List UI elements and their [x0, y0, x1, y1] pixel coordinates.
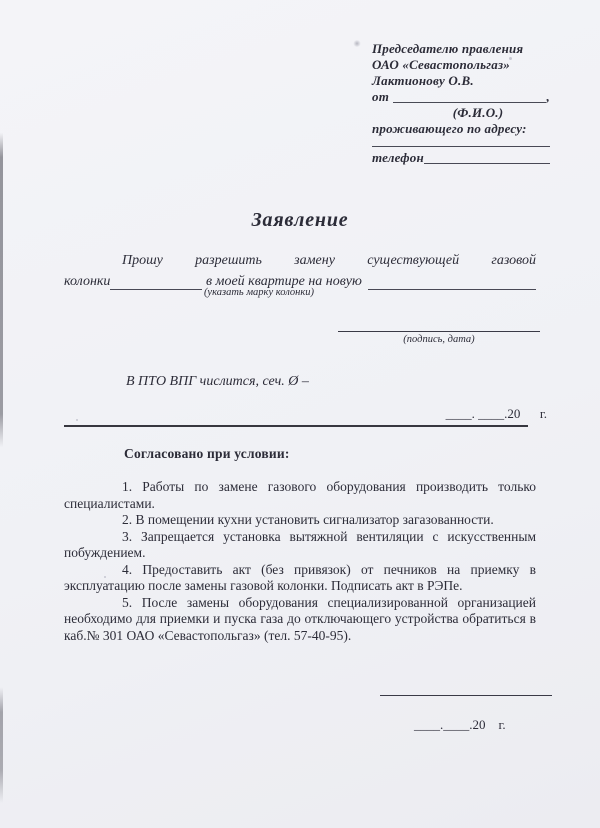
from-label: от	[372, 89, 389, 105]
condition-item-4: 4. Предоставить акт (без привязок) от пе…	[64, 562, 536, 595]
condition-item-1: 1. Работы по замене газового оборудовани…	[64, 479, 536, 512]
from-comma: ,	[547, 89, 550, 105]
fio-blank-field	[393, 102, 546, 103]
condition-item-2: 2. В помещении кухни установить сигнализ…	[64, 512, 536, 529]
separator-rule	[64, 425, 528, 427]
conditions-list: 1. Работы по замене газового оборудовани…	[64, 479, 536, 644]
from-line: от ,	[372, 89, 550, 105]
approval-signature-line	[380, 695, 552, 696]
request-paragraph: Прошу разрешить замену существующей газо…	[64, 251, 536, 292]
scan-artifact-smudge	[353, 40, 361, 47]
address-blank-field	[372, 144, 550, 147]
agreed-heading: Согласовано при условии:	[124, 446, 290, 462]
signature-hint: (подпись, дата)	[338, 334, 540, 345]
scan-speck	[76, 419, 78, 421]
phone-blank-field	[424, 163, 550, 164]
phone-label: телефон	[372, 150, 424, 166]
condition-item-3: 3. Запрещается установка вытяжной вентил…	[64, 529, 536, 562]
addressee-title-line: Председателю правления	[372, 41, 550, 57]
scan-edge-shadow	[0, 0, 3, 828]
addressee-person-line: Лактионову О.В.	[372, 73, 550, 89]
date-field-top: ____. ____.20 г.	[446, 406, 547, 422]
date-field-bottom: ____.____.20 г.	[414, 717, 506, 733]
fio-hint: (Ф.И.О.)	[372, 105, 550, 121]
addressee-company-line: ОАО «Севастопольгаз»	[372, 57, 550, 73]
condition-item-5: 5. После замены оборудования специализир…	[64, 595, 536, 645]
request-word-kolonki: колонки	[64, 272, 110, 292]
signature-block: (подпись, дата)	[338, 331, 540, 345]
document-title: Заявление	[0, 209, 600, 232]
residing-line: проживающего по адресу:	[372, 121, 550, 137]
scanned-application-page: Председателю правления ОАО «Севастопольг…	[0, 0, 600, 828]
signature-line	[338, 331, 540, 332]
addressee-block: Председателю правления ОАО «Севастопольг…	[372, 41, 550, 166]
phone-line: телефон	[372, 150, 550, 166]
request-line1: Прошу разрешить замену существующей газо…	[64, 251, 536, 271]
new-column-blank-field	[368, 289, 536, 290]
pto-note: В ПТО ВПГ числится, сеч. Ø –	[126, 374, 309, 390]
brand-hint: (указать марку колонки)	[188, 287, 330, 298]
